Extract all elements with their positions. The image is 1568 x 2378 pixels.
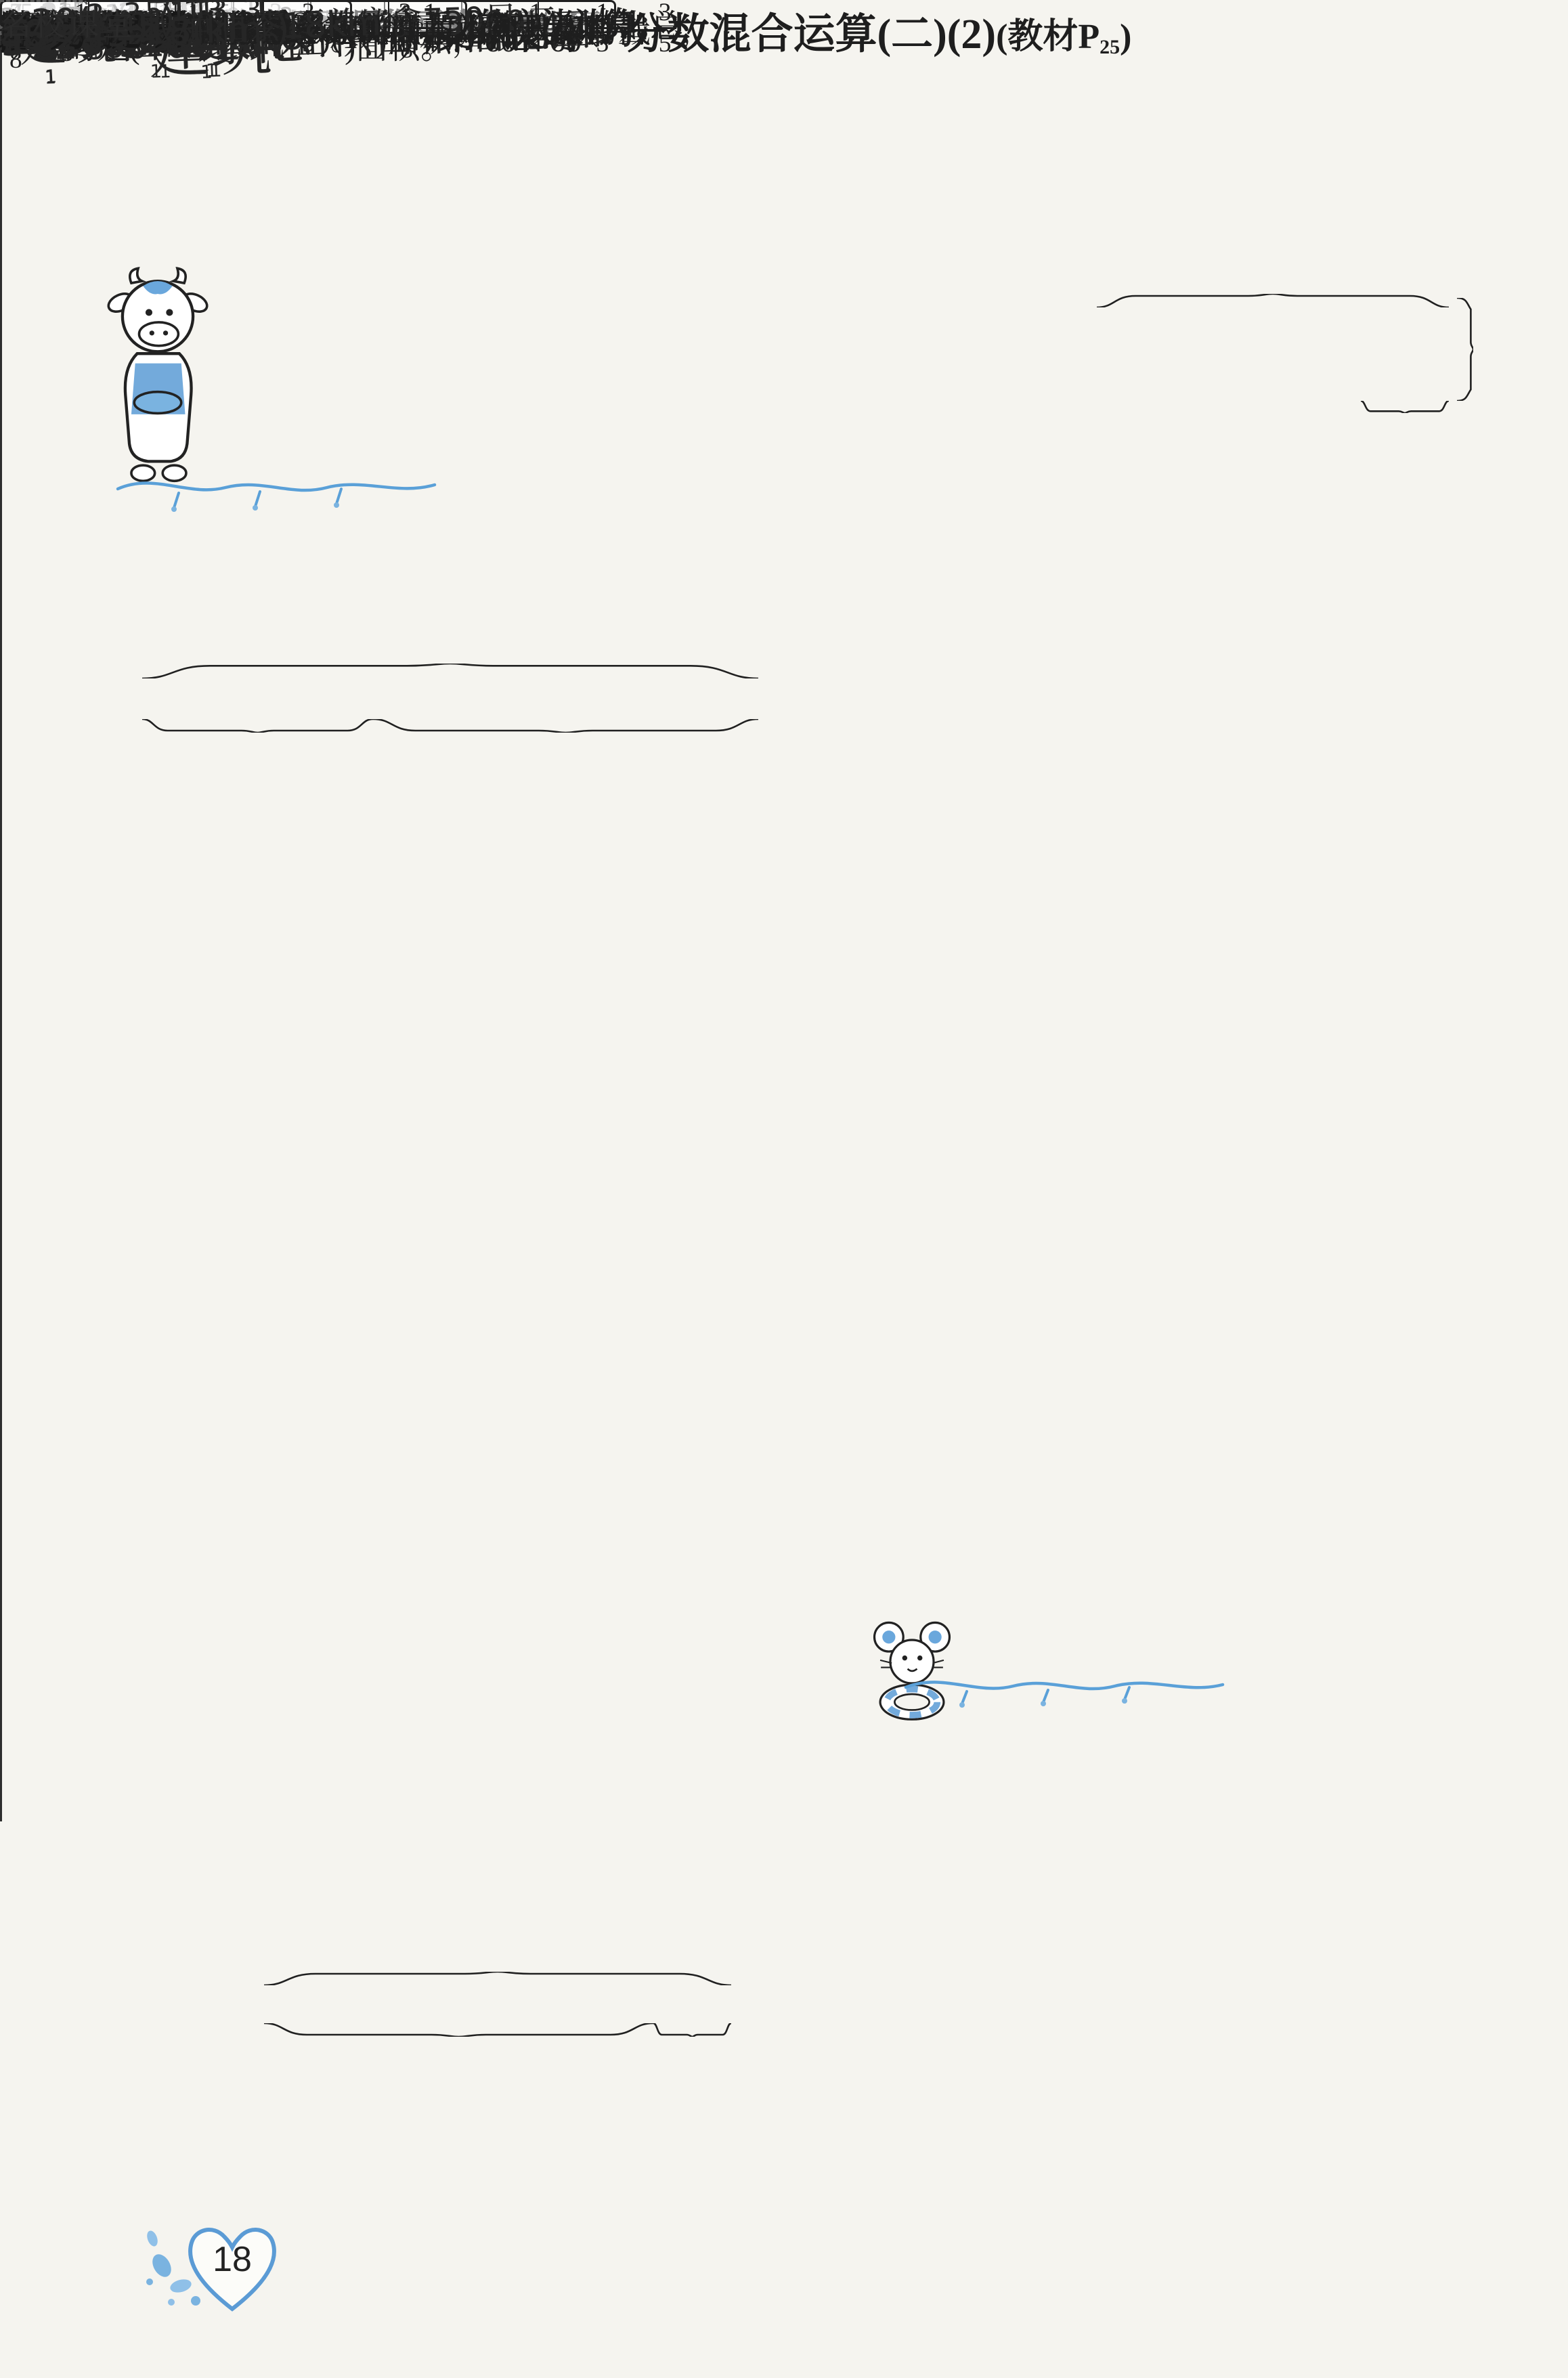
footer-brand: 名校课堂: [0, 0, 135, 45]
wave-decoration2-icon: [875, 1667, 1254, 1708]
page-title-ref: (教材P: [996, 18, 1099, 56]
cement-right-brace: [653, 2023, 731, 2037]
page-number-heart-icon: 18: [139, 2179, 288, 2321]
column-divider: [0, 0, 2, 1821]
text-run: 。: [393, 0, 430, 45]
garden-top-brace: [142, 664, 758, 678]
friends-top-brace: [1097, 294, 1449, 307]
garden-right-brace: [373, 719, 758, 733]
cow-mascot-icon: [93, 265, 222, 496]
page-title-ref-close: ): [1120, 18, 1131, 56]
wave-decoration-icon: [114, 466, 439, 513]
superscript: 2: [380, 7, 393, 31]
workbook-page: { "page": { "title": "第4课时 分数混合运算(二)(2)"…: [0, 0, 1568, 2378]
fraction: 35: [653, 0, 677, 57]
garden-left-brace: [142, 719, 373, 733]
text-run: 栽: [618, 5, 651, 51]
page-title-ref-sub: 25: [1099, 36, 1120, 58]
text-run: ，: [680, 5, 713, 51]
page-number: 18: [213, 2240, 252, 2279]
cement-top-brace: [264, 1972, 731, 1985]
friends-less-brace: [1361, 401, 1449, 413]
friends-right-brace: [1457, 298, 1473, 401]
cement-left-brace: [264, 2023, 653, 2037]
